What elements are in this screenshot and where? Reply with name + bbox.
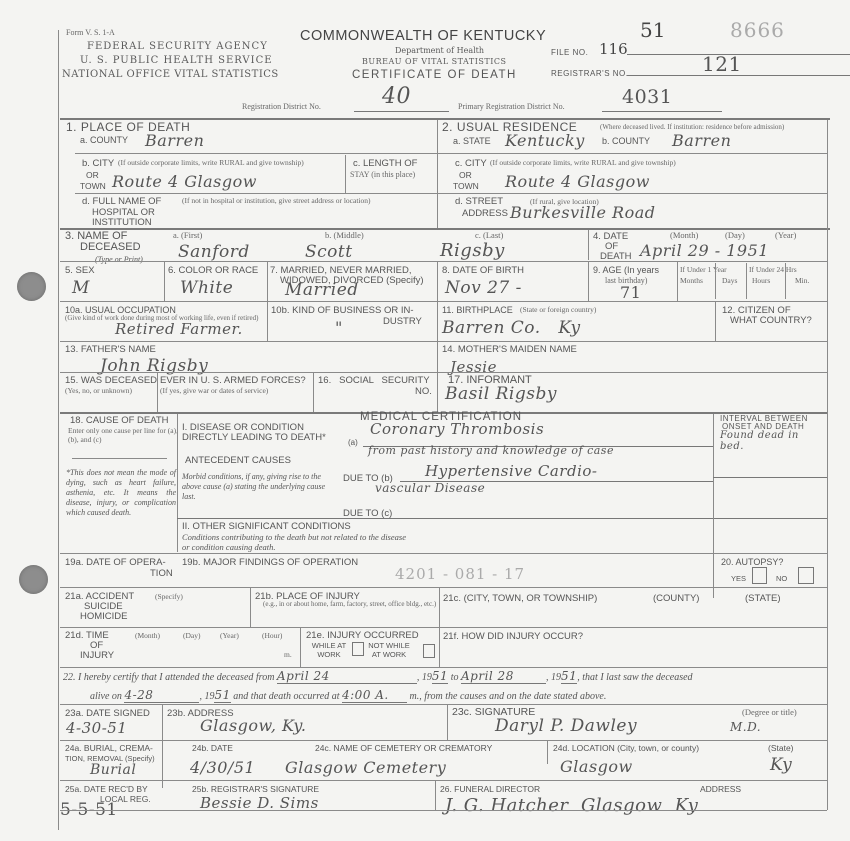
month-label: (Month) [670, 231, 698, 240]
death-city-label: b. CITY [82, 158, 114, 169]
rule [60, 587, 827, 588]
registration-district-underline [354, 111, 449, 112]
attended-to[interactable]: April 28 [461, 669, 546, 684]
cert-line-1-d: , 19 [546, 672, 561, 683]
agency-line-2: U. S. PUBLIC HEALTH SERVICE [80, 55, 273, 66]
father-name[interactable]: John Rigsby [100, 356, 208, 376]
residence-town-label: TOWN [453, 181, 479, 192]
funeral-director[interactable]: J. G. Hatcher Glasgow Ky [445, 795, 698, 816]
injury-year-label: (Year) [220, 631, 239, 640]
page-left-border [58, 30, 59, 830]
hours-label: Hours [752, 276, 770, 285]
bureau: BUREAU OF VITAL STATISTICS [362, 57, 506, 66]
marital-status[interactable]: Married [285, 280, 359, 300]
armed-note-b: (If yes, give war or dates of service) [160, 386, 268, 395]
registration-district-label: Registration District No. [242, 102, 321, 111]
armed-label-b: EVER IN U. S. ARMED FORCES? [160, 375, 306, 386]
rule [60, 553, 827, 554]
burial-state-label: (State) [768, 743, 794, 754]
at-work-label: WHILE AT WORK [308, 641, 350, 659]
rule [300, 627, 301, 667]
armed-note: (Yes, no, or unknown) [65, 386, 132, 395]
residence-or-label: OR [459, 170, 472, 181]
cert-line-1-b: , 19 [417, 672, 432, 683]
rule [250, 587, 251, 627]
agency-line-1: FEDERAL SECURITY AGENCY [87, 41, 268, 52]
cert-line-1-e: , that I last saw the deceased [577, 672, 692, 683]
last-name-label: c. (Last) [475, 231, 503, 240]
no-label: NO [776, 573, 787, 584]
registration-district: 40 [382, 84, 411, 109]
op-findings-label: 19b. MAJOR FINDINGS OF OPERATION [182, 557, 358, 568]
rule [60, 341, 827, 342]
cause-b[interactable]: Hypertensive Cardio- [425, 462, 597, 480]
address-label: ADDRESS [462, 208, 508, 219]
burial-date-label: 24b. DATE [192, 743, 233, 754]
cert-line-2-d: m., from the causes and on the date stat… [410, 691, 607, 702]
cause-note: Enter only one cause per line for (a), (… [68, 426, 178, 444]
rule [162, 704, 163, 788]
age-label: 9. AGE (In years [593, 265, 659, 276]
cause-c-underline [177, 518, 827, 519]
rule [588, 230, 589, 260]
funeral-address-label: ADDRESS [700, 784, 741, 795]
last-name[interactable]: Rigsby [440, 240, 505, 261]
file-no: 116 [599, 40, 628, 58]
other-conditions-note: Conditions contributing to the death but… [182, 532, 412, 552]
morbid-note: Morbid conditions, if any, giving rise t… [182, 472, 332, 502]
certificate-title: CERTIFICATE OF DEATH [352, 69, 517, 81]
death-county-label: a. COUNTY [80, 135, 128, 146]
rule [713, 477, 827, 478]
rule [164, 261, 165, 301]
rule [588, 261, 589, 301]
primary-district: 4031 [622, 86, 672, 108]
dob-label: 8. DATE OF BIRTH [442, 265, 524, 276]
rule [713, 414, 714, 598]
how-injury-label: 21f. HOW DID INJURY OCCUR? [443, 631, 583, 642]
rule [547, 740, 548, 764]
disease-label-2: DIRECTLY LEADING TO DEATH* [182, 432, 326, 443]
middle-name[interactable]: Scott [305, 242, 353, 262]
cert-line-2-b: , 19 [199, 691, 214, 702]
residence-city-note: (If outside corporate limits, write RURA… [490, 158, 676, 167]
under-24-label: If Under 24 Hrs [749, 265, 797, 274]
punch-hole-bottom [19, 565, 48, 594]
residence-state[interactable]: Kentucky [505, 131, 585, 150]
first-name-label: a. (First) [173, 231, 202, 240]
rule [345, 155, 346, 193]
rule [785, 263, 786, 299]
middle-name-label: b. (Middle) [325, 231, 364, 240]
rule [60, 667, 827, 668]
attended-from-year[interactable]: 51 [432, 669, 448, 684]
residence-city-label: c. CITY [455, 158, 487, 169]
rule [746, 263, 747, 299]
primary-district-label: Primary Registration District No. [458, 102, 565, 111]
year-label: (Year) [775, 231, 796, 240]
birthplace[interactable]: Barren Co. Ky [442, 318, 581, 338]
rule [715, 301, 716, 341]
accident-label-3: HOMICIDE [80, 611, 128, 622]
death-county[interactable]: Barren [145, 131, 204, 150]
injury-month-label: (Month) [135, 631, 160, 640]
death-city[interactable]: Route 4 Glasgow [112, 172, 257, 191]
a-label: (a) [348, 437, 358, 448]
funeral-director-label: 26. FUNERAL DIRECTOR [440, 784, 540, 795]
residence-county[interactable]: Barren [672, 131, 731, 150]
race[interactable]: White [180, 278, 233, 298]
yes-label: YES [731, 573, 746, 584]
specify-label: (Specify) [155, 592, 183, 601]
rule [75, 193, 437, 194]
op-date-label-2: TION [150, 568, 173, 579]
first-name[interactable]: Sanford [178, 242, 250, 262]
stamp-number: 8666 [730, 18, 785, 42]
residence-title-note: (Where deceased lived. If institution: r… [600, 123, 822, 131]
ssn-label: 16. SOCIAL SECURITY [318, 375, 430, 386]
op-findings[interactable]: 4201 - 081 - 17 [395, 565, 525, 583]
physician-signature[interactable]: Daryl P. Dawley [495, 716, 637, 736]
rule [75, 153, 437, 154]
rule [437, 193, 827, 194]
department: Department of Health [395, 46, 484, 55]
place-of-injury-note: (e.g., in or about home, farm, factory, … [263, 600, 441, 609]
disposition[interactable]: Burial [90, 762, 136, 778]
registrar-no-label: REGISTRAR'S NO. [551, 68, 628, 79]
stay-label: c. LENGTH OF [353, 158, 417, 169]
rule [677, 261, 678, 301]
sex-label: 5. SEX [65, 265, 95, 276]
injury-county-label: (COUNTY) [653, 593, 699, 604]
registrar-no-underline [627, 75, 850, 76]
cert-line-1-c: to [451, 672, 459, 683]
attended-from[interactable]: April 24 [277, 669, 417, 684]
not-at-work-checkbox[interactable] [423, 644, 435, 658]
business[interactable]: " [335, 318, 343, 337]
rule [60, 301, 827, 302]
death-city-note: (If outside corporate limits, write RURA… [118, 158, 338, 167]
attended-to-year[interactable]: 51 [561, 669, 577, 684]
rule [60, 740, 827, 741]
file-no-label: FILE NO. [551, 47, 588, 58]
form-header: Form V. S. 1-A FEDERAL SECURITY AGENCY U… [62, 28, 850, 118]
residence-street[interactable]: Burkesville Road [510, 203, 656, 222]
cert-address[interactable]: Glasgow, Ky. [200, 716, 306, 735]
business-label-2: DUSTRY [383, 316, 422, 327]
injury-city-label: 21c. (CITY, TOWN, OR TOWNSHIP) [443, 593, 597, 604]
residence-city[interactable]: Route 4 Glasgow [505, 172, 650, 191]
antecedent-label: ANTECEDENT CAUSES [185, 455, 291, 466]
rule [60, 627, 827, 628]
rule [72, 458, 167, 459]
mother-label: 14. MOTHER'S MAIDEN NAME [442, 344, 577, 355]
cert-line-1-a: 22. I hereby certify that I attended the… [63, 672, 274, 683]
other-conditions-label: II. OTHER SIGNIFICANT CONDITIONS [182, 521, 351, 532]
rule [60, 704, 827, 705]
cert-line-2: alive on 4-28, 1951 and that death occur… [90, 688, 606, 703]
date-of-death[interactable]: April 29 - 1951 [640, 241, 769, 260]
burial-state[interactable]: Ky [770, 755, 792, 775]
birthplace-note: (State or foreign country) [520, 305, 596, 314]
street-label: d. STREET [455, 196, 503, 207]
death-town-label: TOWN [80, 181, 106, 192]
op-date-label: 19a. DATE OF OPERA- [65, 557, 166, 568]
rule [60, 261, 827, 262]
stay-note: STAY (in this place) [350, 170, 415, 179]
form-number: Form V. S. 1-A [66, 28, 115, 37]
right-border-top [827, 120, 828, 228]
rule [267, 261, 268, 301]
rule [437, 261, 438, 301]
informant[interactable]: Basil Rigsby [445, 384, 557, 404]
alive-on[interactable]: 4-28 [124, 688, 199, 703]
cert-line-2-c: and that death occurred at [233, 691, 339, 702]
interval[interactable]: Found dead in bed. [720, 430, 820, 452]
cert-line-1: 22. I hereby certify that I attended the… [63, 669, 693, 684]
rule [437, 341, 438, 413]
injury-occurred-label: 21e. INJURY OCCURRED [306, 630, 419, 641]
alive-year[interactable]: 51 [214, 688, 230, 703]
birthplace-label: 11. BIRTHPLACE [442, 305, 513, 316]
injury-state-label: (STATE) [745, 593, 781, 604]
cause-of-death-label: 18. CAUSE OF DEATH [70, 415, 169, 426]
rule [437, 153, 827, 154]
death-time[interactable]: 4:00 A. [342, 688, 407, 703]
not-at-work-label: NOT WHILE AT WORK [363, 641, 415, 659]
cert-line-2-a: alive on [90, 691, 122, 702]
hospital-label-3: INSTITUTION [92, 217, 152, 228]
cemetery[interactable]: Glasgow Cemetery [285, 758, 446, 777]
rule [313, 372, 314, 412]
burial-date[interactable]: 4/30/51 [190, 758, 255, 777]
cause-b-2[interactable]: vascular Disease [375, 481, 485, 495]
rule [177, 414, 178, 552]
injury-m-label: m. [284, 650, 292, 659]
rule [60, 780, 827, 781]
race-label: 6. COLOR OR RACE [168, 265, 258, 276]
under-year-label: If Under 1 Year [680, 265, 727, 274]
autopsy-no-checkbox[interactable] [798, 567, 814, 584]
cemetery-label: 24c. NAME OF CEMETERY OR CREMATORY [315, 743, 492, 754]
injury-hour-label: (Hour) [262, 631, 282, 640]
father-label: 13. FATHER'S NAME [65, 344, 156, 355]
date-signed[interactable]: 4-30-51 [66, 719, 127, 737]
right-border [827, 228, 828, 810]
days-label: Days [722, 276, 737, 285]
rule [267, 301, 268, 341]
hospital-note: (If not in hospital or institution, give… [182, 196, 432, 205]
cause-a[interactable]: Coronary Thrombosis [370, 420, 544, 438]
divider-1-2 [437, 120, 438, 228]
rule [715, 263, 716, 299]
citizen-label-2: WHAT COUNTRY? [730, 315, 812, 326]
sex[interactable]: M [72, 278, 90, 298]
state-title: COMMONWEALTH OF KENTUCKY [300, 28, 546, 44]
physician-degree[interactable]: M.D. [730, 720, 761, 734]
rule [437, 301, 438, 341]
business-label: 10b. KIND OF BUSINESS OR IN- [271, 305, 414, 316]
stamp-year: 51 [640, 18, 665, 42]
residence-state-label: a. STATE [453, 136, 491, 147]
degree-label: (Degree or title) [742, 708, 797, 717]
autopsy-yes-checkbox[interactable] [752, 567, 767, 584]
time-of-injury-label-3: INJURY [80, 650, 114, 661]
name-label-3: (Type or Print) [95, 255, 143, 264]
age[interactable]: 71 [620, 283, 641, 302]
day-label: (Day) [725, 231, 745, 240]
min-label: Min. [795, 276, 809, 285]
burial-location[interactable]: Glasgow [560, 757, 633, 776]
cause-footnote: *This does not mean the mode of dying, s… [66, 468, 176, 518]
residence-county-label: b. COUNTY [602, 136, 650, 147]
cause-a-note[interactable]: from past history and knowledge of case [368, 444, 614, 457]
burial-location-label: 24d. LOCATION (City, town, or county) [553, 743, 699, 754]
death-or-label: OR [86, 170, 99, 181]
armed-label: 15. WAS DECEASED [65, 375, 157, 386]
date-signed-label: 23a. DATE SIGNED [65, 708, 150, 719]
registrar-no: 121 [702, 52, 742, 76]
rule [447, 704, 448, 740]
months-label: Months [680, 276, 703, 285]
rule [157, 372, 158, 412]
punch-hole-top [17, 272, 46, 301]
injury-day-label: (Day) [183, 631, 201, 640]
rule [60, 810, 827, 811]
name-label-2: DECEASED [80, 242, 141, 253]
rule [435, 780, 436, 810]
hospital-label: d. FULL NAME OF [82, 196, 161, 207]
rule [60, 372, 827, 373]
date-of-birth[interactable]: Nov 27 - [445, 278, 522, 298]
agency-line-3: NATIONAL OFFICE VITAL STATISTICS [62, 69, 279, 80]
occupation[interactable]: Retired Farmer. [115, 320, 243, 338]
ssn-label-2: NO. [415, 386, 432, 397]
primary-district-underline [602, 111, 722, 112]
